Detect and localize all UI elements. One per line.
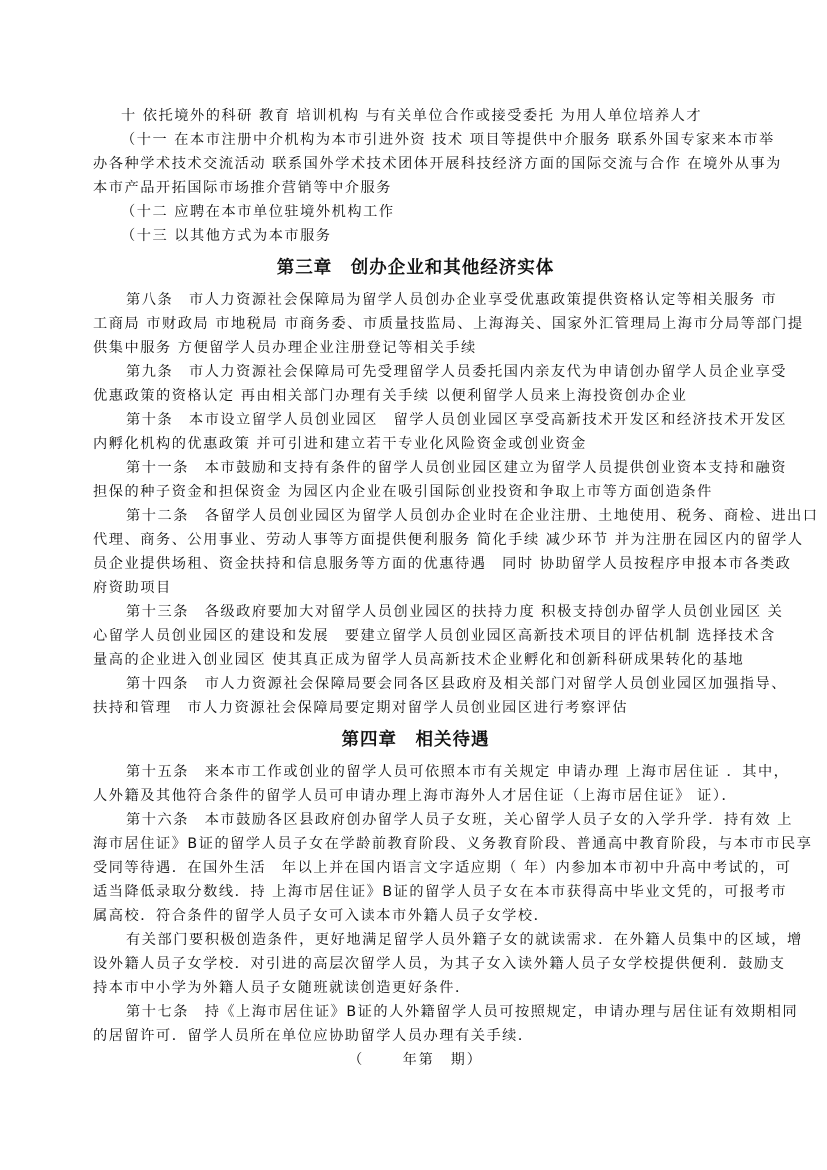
article-12: 第十二条 各留学人员创业园区为留学人员创办企业时在企业注册、土地使用、税务、商检… <box>93 504 738 528</box>
text-line: 本市产品开拓国际市场推介营销等中介服务 <box>93 176 738 200</box>
text-line: 担保的种子资金和担保资金 为园区内企业在吸引国际创业投资和争取上市等方面创造条件 <box>93 480 738 504</box>
text-line: 属高校．符合条件的留学人员子女可入读本市外籍人员子女学校． <box>93 904 738 928</box>
issue-footer: （ 年第 期） <box>93 1048 738 1072</box>
section-top: 十 依托境外的科研 教育 培训机构 与有关单位合作或接受委托 为用人单位培养人才… <box>93 104 738 248</box>
text-line: 受同等待遇．在国外生活 年以上并在国内语言文字适应期（ 年）内参加本市初中升高中… <box>93 856 738 880</box>
paragraph-foreign-schools: 有关部门要积极创造条件，更好地满足留学人员外籍子女的就读需求．在外籍人员集中的区… <box>93 928 738 952</box>
article-14: 第十四条 市人力资源社会保障局要会同各区县政府及相关部门对留学人员创业园区加强指… <box>93 672 738 696</box>
text-line: 内孵化机构的优惠政策 并可引进和建立若干专业化风险资金或创业资金 <box>93 432 738 456</box>
text-line: 供集中服务 方便留学人员办理企业注册登记等相关手续 <box>93 336 738 360</box>
text-line: 设外籍人员子女学校．对引进的高层次留学人员，为其子女入读外籍人员子女学校提供便利… <box>93 952 738 976</box>
text-line: 适当降低录取分数线．持 上海市居住证》B证的留学人员子女在本市获得高中毕业文凭的… <box>93 880 738 904</box>
text-line: 十 依托境外的科研 教育 培训机构 与有关单位合作或接受委托 为用人单位培养人才 <box>93 104 738 128</box>
article-13: 第十三条 各级政府要加大对留学人员创业园区的扶持力度 积极支持创办留学人员创业园… <box>93 600 738 624</box>
text-line: 优惠政策的资格认定 再由相关部门办理有关手续 以便利留学人员来上海投资创办企业 <box>93 384 738 408</box>
text-line: 海市居住证》B证的留学人员子女在学龄前教育阶段、义务教育阶段、普通高中教育阶段，… <box>93 832 738 856</box>
text-line: 扶持和管理 市人力资源社会保障局要定期对留学人员创业园区进行考察评估 <box>93 696 738 720</box>
chapter-4-body: 第十五条 来本市工作或创业的留学人员可依照本市有关规定 申请办理 上海市居住证 … <box>93 760 738 1048</box>
article-8: 第八条 市人力资源社会保障局为留学人员创办企业享受优惠政策提供资格认定等相关服务… <box>93 288 738 312</box>
article-17: 第十七条 持《上海市居住证》B证的人外籍留学人员可按照规定，申请办理与居住证有效… <box>93 1000 738 1024</box>
text-line: 持本市中小学为外籍人员子女随班就读创造更好条件． <box>93 976 738 1000</box>
article-11: 第十一条 本市鼓励和支持有条件的留学人员创业园区建立为留学人员提供创业资本支持和… <box>93 456 738 480</box>
chapter-3-heading: 第三章 创办企业和其他经济实体 <box>93 250 738 286</box>
text-line: 员企业提供场租、资金扶持和信息服务等方面的优惠待遇 同时 协助留学人员按程序申报… <box>93 552 738 576</box>
text-line: 人外籍及其他符合条件的留学人员可申请办理上海市海外人才居住证（上海市居住证》 证… <box>93 784 738 808</box>
article-16: 第十六条 本市鼓励各区县政府创办留学人员子女班，关心留学人员子女的入学升学．持有… <box>93 808 738 832</box>
chapter-3-body: 第八条 市人力资源社会保障局为留学人员创办企业享受优惠政策提供资格认定等相关服务… <box>93 288 738 720</box>
article-9: 第九条 市人力资源社会保障局可先受理留学人员委托国内亲友代为申请创办留学人员企业… <box>93 360 738 384</box>
text-line: 工商局 市财政局 市地税局 市商务委、市质量技监局、上海海关、国家外汇管理局上海… <box>93 312 738 336</box>
text-line: 的居留许可．留学人员所在单位应协助留学人员办理有关手续． <box>93 1024 738 1048</box>
article-10: 第十条 本市设立留学人员创业园区 留学人员创业园区享受高新技术开发区和经济技术开… <box>93 408 738 432</box>
text-line: 量高的企业进入创业园区 使其真正成为留学人员高新技术企业孵化和创新科研成果转化的… <box>93 648 738 672</box>
text-line: （十三 以其他方式为本市服务 <box>93 224 738 248</box>
article-15: 第十五条 来本市工作或创业的留学人员可依照本市有关规定 申请办理 上海市居住证 … <box>93 760 738 784</box>
text-line: 代理、商务、公用事业、劳动人事等方面提供便利服务 简化手续 减少环节 并为注册在… <box>93 528 738 552</box>
text-line: 府资助项目 <box>93 576 738 600</box>
text-line: 心留学人员创业园区的建设和发展 要建立留学人员创业园区高新技术项目的评估机制 选… <box>93 624 738 648</box>
document-page: 十 依托境外的科研 教育 培训机构 与有关单位合作或接受委托 为用人单位培养人才… <box>93 104 738 1072</box>
chapter-4-heading: 第四章 相关待遇 <box>93 722 738 758</box>
text-line: （十一 在本市注册中介机构为本市引进外资 技术 项目等提供中介服务 联系外国专家… <box>93 128 738 152</box>
text-line: （十二 应聘在本市单位驻境外机构工作 <box>93 200 738 224</box>
text-line: 办各种学术技术交流活动 联系国外学术技术团体开展科技经济方面的国际交流与合作 在… <box>93 152 738 176</box>
